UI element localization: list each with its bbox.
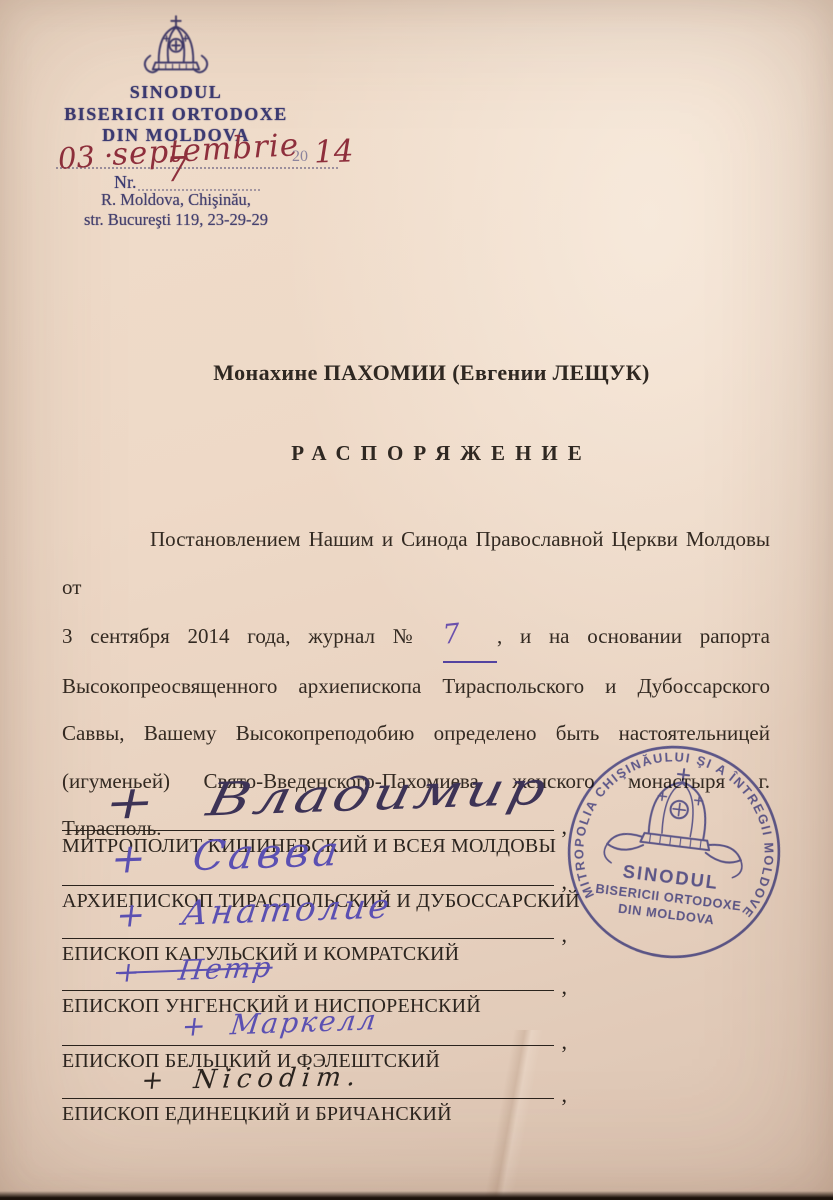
signature-handwriting: + Nicodim. — [140, 1062, 363, 1096]
signature-comma: , — [562, 1029, 568, 1055]
body-line-2-after: , и на основании рапорта — [497, 624, 770, 648]
body-line-2: 3 сентября 2014 года, журнал № 7, и на о… — [62, 611, 770, 663]
signature-row: + Nicodim. , ЕПИСКОП ЕДИНЕЦКИЙ И БРИЧАНС… — [62, 1098, 562, 1126]
journal-number-slot: 7 — [443, 611, 497, 663]
date-month: septembrie — [111, 127, 300, 173]
body-line-1: Постановлением Нашим и Синода Православн… — [62, 516, 770, 611]
signature-line: , — [62, 1098, 554, 1099]
date-printed-century: 20 — [292, 148, 308, 166]
handwritten-date: 03 · septembrie 20 14 — [58, 132, 388, 188]
body-line-3: Высокопреосвященного архиепископа Тирасп… — [62, 663, 770, 711]
photo-bottom-edge — [0, 1191, 833, 1200]
addressee-line: Монахине ПАХОМИИ (Евгении ЛЕЩУК) — [30, 360, 833, 386]
journal-number-value: 7 — [441, 610, 463, 659]
signature-handwriting: + Маркелл — [180, 1003, 380, 1043]
date-day: 03 · — [57, 138, 115, 176]
signature-handwriting: + Анатолие — [114, 886, 394, 936]
signature-line: , — [62, 990, 554, 991]
document-title: РАСПОРЯЖЕНИЕ — [40, 441, 833, 466]
scanned-document-page: SINODUL BISERICII ORTODOXE DIN MOLDOVA 0… — [0, 0, 833, 1200]
date-year: 14 — [313, 133, 354, 170]
signature-line: , — [62, 1045, 554, 1046]
signature-comma: , — [562, 1082, 568, 1108]
address-line-2: str. Bucureşti 119, 23-29-29 — [46, 210, 306, 230]
nr-value-handwritten: 7 — [165, 150, 188, 191]
signature-comma: , — [562, 974, 568, 1000]
org-line-2: BISERICII ORTODOXE — [56, 104, 296, 126]
letterhead-address: R. Moldova, Chişinău, str. Bucureşti 119… — [46, 190, 306, 230]
address-line-1: R. Moldova, Chişinău, — [46, 190, 306, 210]
signature-title: ЕПИСКОП ЕДИНЕЦКИЙ И БРИЧАНСКИЙ — [62, 1103, 562, 1126]
synod-stamp: MITROPOLIA CHIŞINĂULUI ŞI A ÎNTREGII MOL… — [549, 727, 799, 977]
signature-line: , — [62, 938, 554, 939]
signature-handwriting: + Петр — [114, 951, 275, 989]
signature-line: , — [62, 885, 554, 886]
signature-handwriting: + Савва — [108, 827, 345, 883]
org-line-1: SINODUL — [56, 82, 296, 104]
body-line-2-before: 3 сентября 2014 года, журнал № — [62, 624, 425, 648]
